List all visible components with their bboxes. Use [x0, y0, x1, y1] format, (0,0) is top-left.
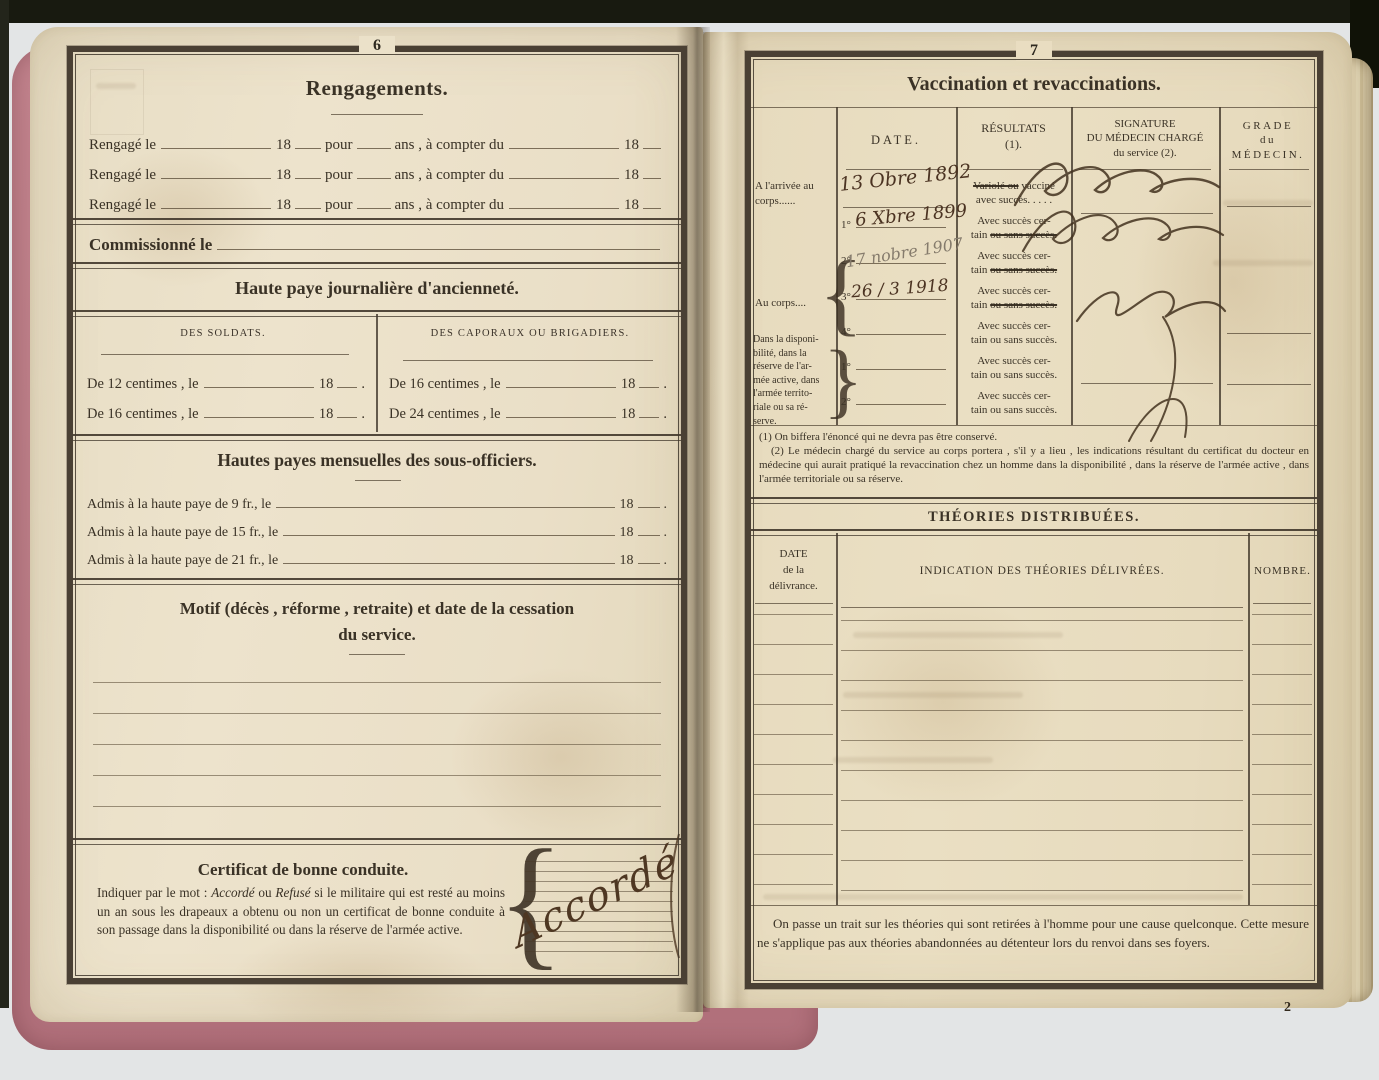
page-7-frame: 7 Vaccination et revaccinations. DATE. R…	[745, 51, 1323, 989]
section-divider	[73, 262, 681, 269]
haute-paye-row: De 16 centimes , le 18.	[389, 374, 667, 393]
theories-date-lines	[754, 585, 833, 890]
admis-row: Admis à la haute paye de 21 fr., le 18.	[87, 550, 667, 569]
sheet-mark: 2	[1284, 1000, 1291, 1016]
scanned-military-booklet: 6 Rengagements. Rengagé le 18 pour ans ,…	[0, 0, 1379, 1080]
certificat-body: Indiquer par le mot : Accordé ou Refusé …	[97, 884, 505, 940]
theories-col-divider	[836, 533, 838, 905]
certificat-title: Certificat de bonne conduite.	[103, 860, 503, 880]
title-rule	[331, 114, 423, 115]
section-divider	[751, 497, 1317, 504]
theories-indication-lines	[841, 591, 1243, 893]
section-divider	[73, 434, 681, 441]
accorde-flourish	[665, 830, 685, 962]
haute-paye-title: Haute paye journalière d'ancienneté.	[73, 278, 681, 299]
vacc-header-resultats: RÉSULTATS (1).	[956, 121, 1071, 152]
col-header-soldats: DES SOLDATS.	[73, 328, 373, 339]
col-header-rule	[403, 360, 653, 361]
section-divider	[73, 838, 681, 845]
col-header-caporaux: DES CAPORAUX OU BRIGADIERS.	[379, 328, 681, 339]
theories-nombre-lines	[1252, 585, 1312, 890]
scanner-top-band	[0, 0, 1379, 23]
theories-title: THÉORIES DISTRIBUÉES.	[751, 509, 1317, 526]
admis-row: Admis à la haute paye de 9 fr., le 18.	[87, 494, 667, 513]
section-divider	[73, 218, 681, 225]
rengage-line: Rengagé le 18 pour ans , à compter du 18	[89, 134, 665, 154]
disponibilite-brace: }	[823, 339, 863, 423]
theories-bottom-note: On passe un trait sur les théories qui s…	[757, 915, 1309, 953]
scanner-left-edge	[0, 0, 9, 1008]
footnote-1: (1) On biffera l'énoncé qui ne devra pas…	[759, 431, 1309, 443]
rengagements-title: Rengagements.	[73, 76, 681, 101]
haute-paye-row: De 24 centimes , le 18.	[389, 404, 667, 423]
haute-paye-row: De 16 centimes , le 18.	[87, 404, 365, 423]
theories-header-nombre: NOMBRE.	[1248, 565, 1317, 577]
footnote-2: (2) Le médecin chargé du service au corp…	[759, 445, 1309, 487]
motif-blank-lines	[93, 652, 661, 810]
vacc-entry-dateline: 2°	[841, 394, 951, 408]
page-6-frame: 6 Rengagements. Rengagé le 18 pour ans ,…	[67, 46, 687, 984]
theories-header-indication: INDICATION DES THÉORIES DÉLIVRÉES.	[836, 565, 1248, 577]
vacc-entry-dateline: 4°	[841, 324, 951, 338]
hautes-payes-title: Hautes payes mensuelles des sous-officie…	[73, 450, 681, 471]
haute-paye-row: De 12 centimes , le 18.	[87, 374, 365, 393]
commissionne-line: Commissionné le	[89, 234, 665, 255]
rengage-line: Rengagé le 18 pour ans , à compter du 18	[89, 164, 665, 184]
label-arrivee-au-corps: A l'arrivée au corps......	[755, 179, 835, 209]
section-divider	[73, 578, 681, 585]
vacc-date-handwriting: 13 Obre 1892	[838, 160, 972, 196]
page-6-number: 6	[359, 36, 395, 56]
page-7-number: 7	[1016, 41, 1052, 61]
theories-table-bottom	[751, 905, 1317, 906]
motif-title: Motif (décès , réforme , retraite) et da…	[73, 596, 681, 647]
hautes-payes-rule	[355, 480, 401, 481]
medecin-signature-handwriting	[1003, 149, 1263, 449]
admis-row: Admis à la haute paye de 15 fr., le 18.	[87, 522, 667, 541]
vaccination-title: Vaccination et revaccinations.	[751, 73, 1317, 96]
vacc-table-bottom	[751, 425, 1317, 426]
theories-col-divider	[1248, 533, 1250, 905]
column-divider	[376, 314, 378, 432]
col-header-rule	[101, 354, 349, 355]
rengage-line: Rengagé le 18 pour ans , à compter du 18	[89, 194, 665, 214]
vacc-header-date: DATE.	[836, 133, 956, 148]
vacc-entry-dateline: 1°	[841, 359, 951, 373]
label-disponibilite: Dans la disponi- bilité, dans la réserve…	[753, 333, 831, 428]
